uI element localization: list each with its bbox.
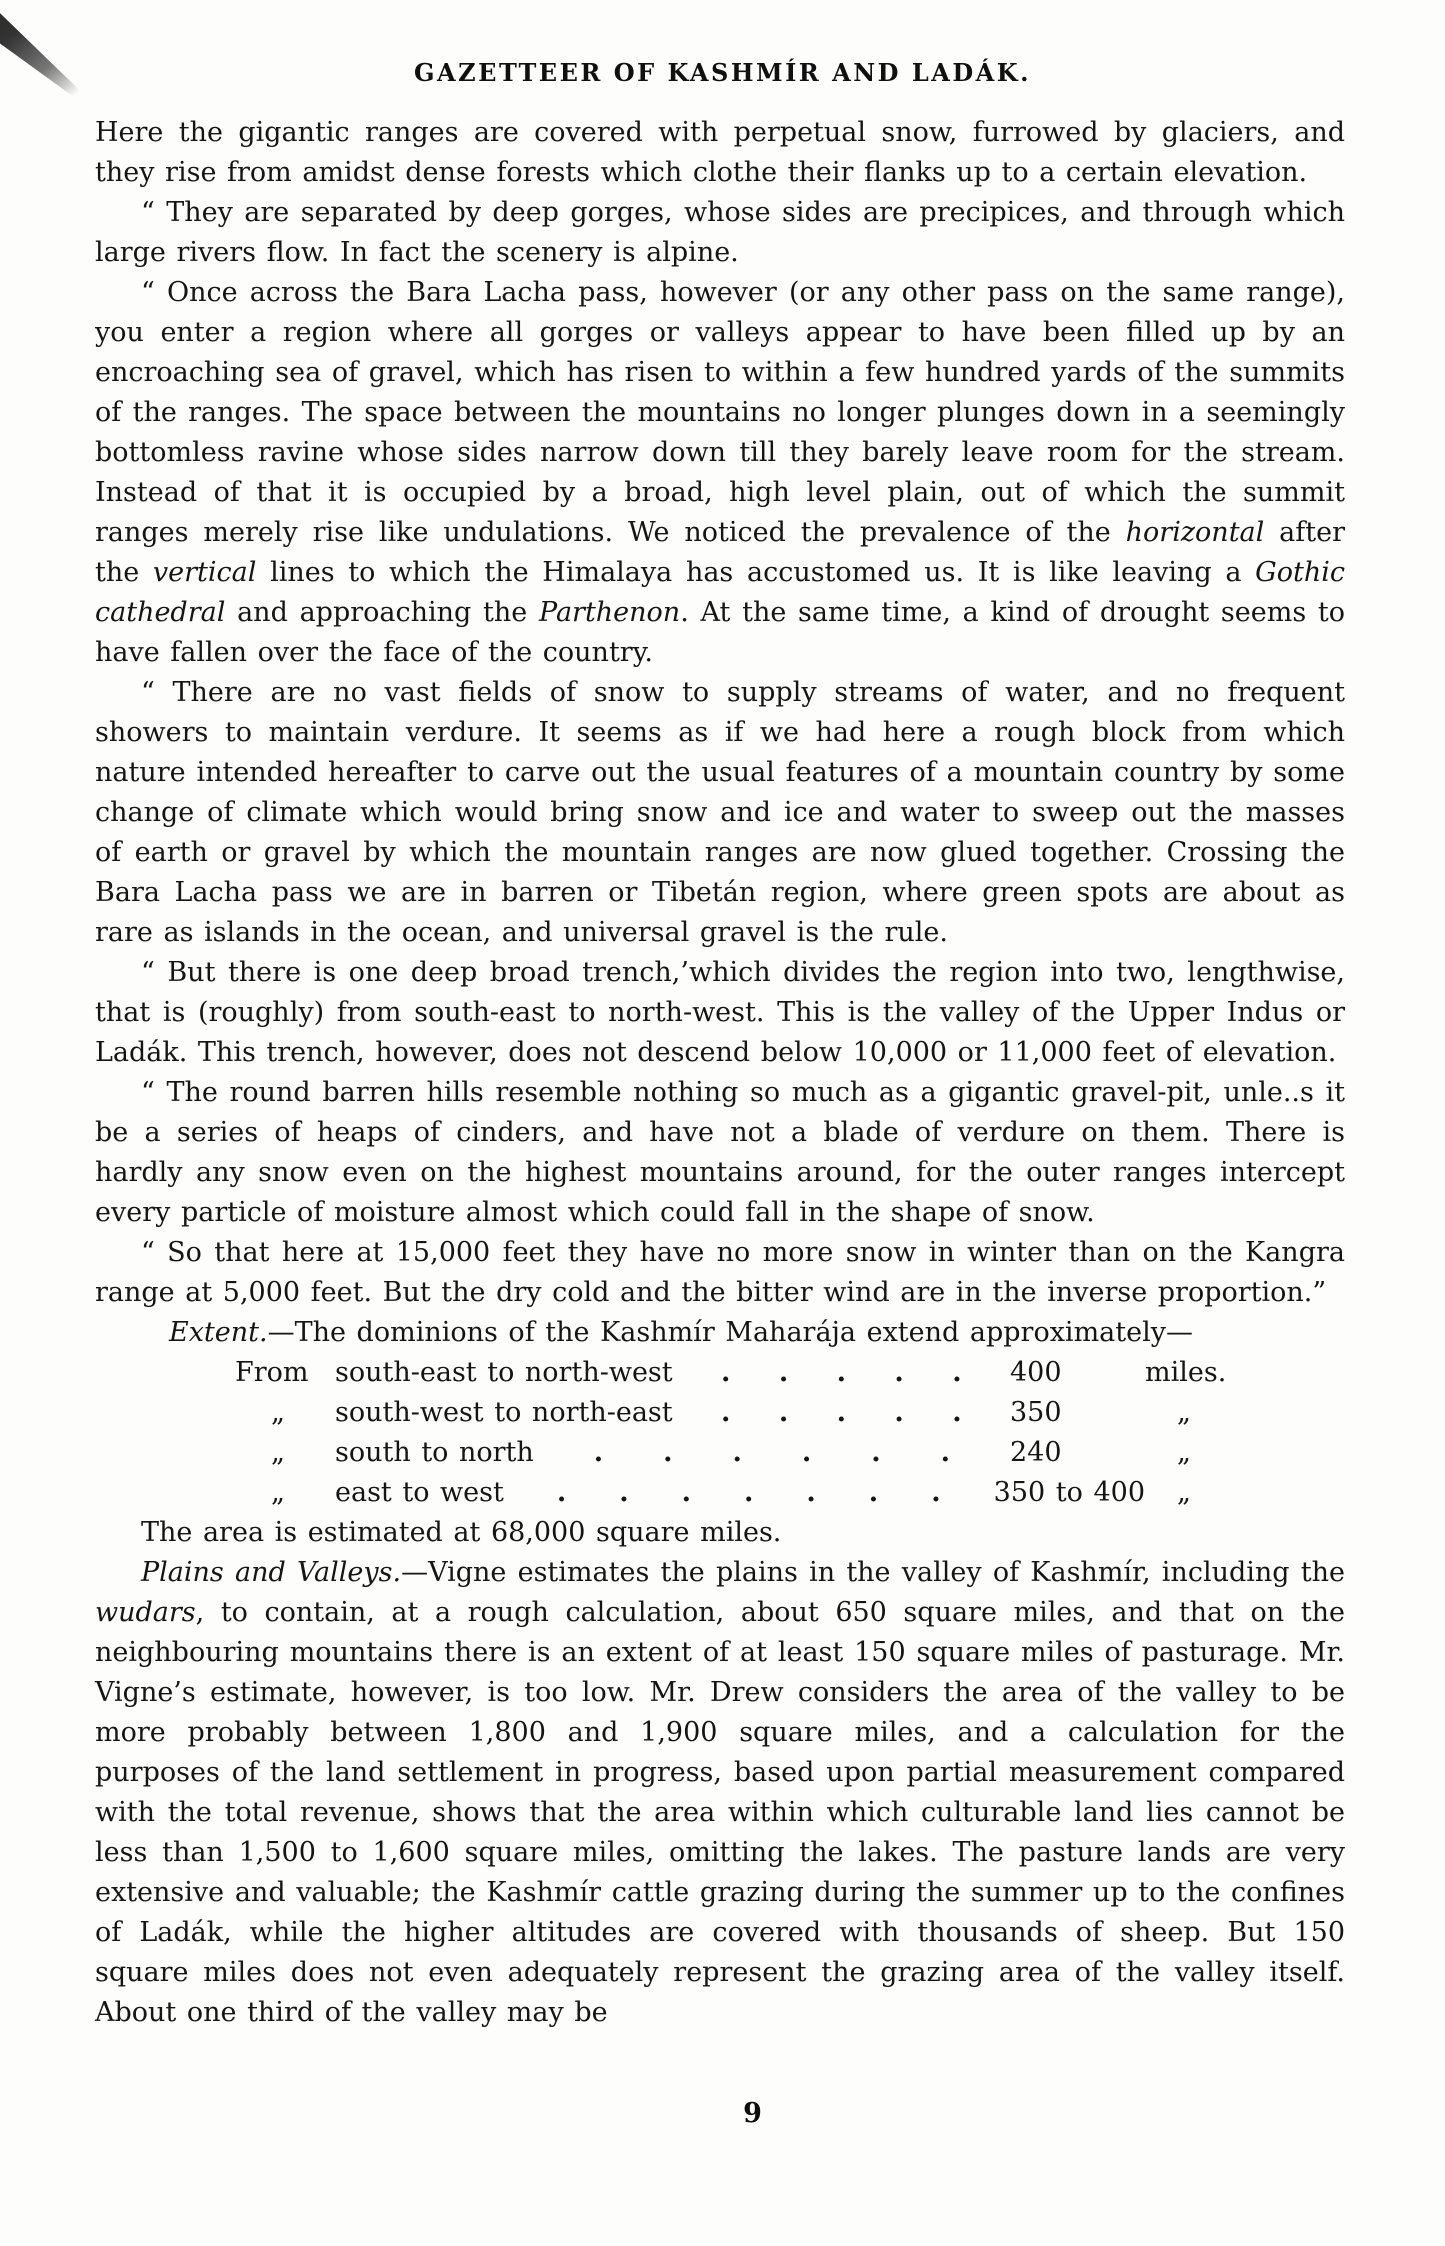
paragraph: Here the gigantic ranges are covered wit… [95, 113, 1345, 193]
extent-heading-rest: —The dominions of the Kashmír Maharája e… [268, 1317, 1193, 1348]
dot-leader: ...... [534, 1433, 1010, 1473]
text-run: Here the gigantic ranges are covered wit… [95, 117, 1345, 188]
paragraph: “ They are separated by deep gorges, who… [95, 193, 1345, 273]
extent-row-unit: „ [1145, 1433, 1345, 1473]
page-number: 9 [0, 2098, 1445, 2129]
paragraph: Plains and Valleys.—Vigne estimates the … [95, 1553, 1345, 2033]
paragraph: “ So that here at 15,000 feet they have … [95, 1233, 1345, 1313]
text-run: “ The round barren hills resemble nothin… [95, 1077, 1345, 1228]
extent-row-prefix: „ [235, 1433, 335, 1473]
text-body: Here the gigantic ranges are covered wit… [95, 113, 1345, 2033]
text-run: The area is estimated at 68,000 square m… [141, 1517, 781, 1548]
extent-row-unit: miles. [1145, 1353, 1345, 1393]
leader-dot: . [952, 1393, 961, 1433]
text-run: “ So that here at 15,000 feet they have … [95, 1237, 1345, 1308]
leader-dot: . [663, 1433, 672, 1473]
dot-leader: ..... [673, 1393, 1010, 1433]
extent-row-label: south-west to north-east [335, 1393, 673, 1433]
leader-dot: . [732, 1433, 741, 1473]
leader-dot: . [871, 1433, 880, 1473]
text-run: “ Once across the Bara Lacha pass, howev… [95, 277, 1345, 548]
leader-dot: . [952, 1353, 961, 1393]
leader-dot: . [941, 1433, 950, 1473]
extent-row-value: 350 [1010, 1393, 1145, 1433]
extent-row: „south-west to north-east.....350„ [95, 1393, 1345, 1433]
leader-dot: . [802, 1433, 811, 1473]
leader-dot: . [894, 1353, 903, 1393]
paragraphs-top: Here the gigantic ranges are covered wit… [95, 113, 1345, 1313]
dot-leader: ....... [504, 1473, 994, 1513]
extent-list: Fromsouth-east to north-west.....400mile… [95, 1353, 1345, 1513]
extent-row-unit: „ [1145, 1393, 1345, 1433]
extent-row: „east to west.......350 to 400„ [95, 1473, 1345, 1513]
text-run: “ They are separated by deep gorges, who… [95, 197, 1345, 268]
extent-row-label: south to north [335, 1433, 534, 1473]
text-run: and approaching the [225, 597, 539, 628]
leader-dot: . [869, 1473, 878, 1513]
paragraph: “ But there is one deep broad trench,’wh… [95, 953, 1345, 1073]
text-run: , to contain, at a rough calculation, ab… [95, 1597, 1345, 2028]
leader-dot: . [682, 1473, 691, 1513]
text-run: “ But there is one deep broad trench,’wh… [95, 957, 1345, 1068]
extent-row: „south to north......240„ [95, 1433, 1345, 1473]
text-run: “ There are no vast fields of snow to su… [95, 677, 1345, 948]
leader-dot: . [557, 1473, 566, 1513]
italic-text-run: Plains and Valleys. [141, 1557, 401, 1588]
extent-heading: Extent.—The dominions of the Kashmír Mah… [95, 1313, 1345, 1353]
extent-row-prefix: „ [235, 1393, 335, 1433]
extent-row-prefix: From [235, 1353, 335, 1393]
extent-row-label: south-east to north-west [335, 1353, 673, 1393]
italic-text-run: wudars [95, 1597, 196, 1628]
paragraph: “ Once across the Bara Lacha pass, howev… [95, 273, 1345, 673]
dot-leader: ..... [673, 1353, 1010, 1393]
leader-dot: . [931, 1473, 940, 1513]
extent-row-value: 350 to 400 [994, 1473, 1145, 1513]
scanned-book-page: GAZETTEER OF KASHMÍR AND LADÁK. Here the… [0, 0, 1445, 2246]
page-header: GAZETTEER OF KASHMÍR AND LADÁK. [0, 0, 1445, 87]
leader-dot: . [779, 1393, 788, 1433]
paragraphs-bottom: The area is estimated at 68,000 square m… [95, 1513, 1345, 2033]
leader-dot: . [721, 1393, 730, 1433]
leader-dot: . [837, 1393, 846, 1433]
extent-row-unit: „ [1145, 1473, 1345, 1513]
leader-dot: . [894, 1393, 903, 1433]
paragraph: The area is estimated at 68,000 square m… [95, 1513, 1345, 1553]
paragraph: “ There are no vast fields of snow to su… [95, 673, 1345, 953]
italic-text-run: horizontal [1126, 517, 1265, 548]
leader-dot: . [744, 1473, 753, 1513]
extent-row-label: east to west [335, 1473, 504, 1513]
leader-dot: . [594, 1433, 603, 1473]
leader-dot: . [619, 1473, 628, 1513]
leader-dot: . [721, 1353, 730, 1393]
text-run: lines to which the Himalaya has accustom… [256, 557, 1255, 588]
leader-dot: . [806, 1473, 815, 1513]
text-run: —Vigne estimates the plains in the valle… [401, 1557, 1345, 1588]
leader-dot: . [837, 1353, 846, 1393]
leader-dot: . [779, 1353, 788, 1393]
paragraph: “ The round barren hills resemble nothin… [95, 1073, 1345, 1233]
italic-text-run: vertical [153, 557, 256, 588]
extent-row-value: 400 [1010, 1353, 1145, 1393]
italic-text-run: Parthenon [539, 597, 680, 628]
extent-row-prefix: „ [235, 1473, 335, 1513]
extent-row: Fromsouth-east to north-west.....400mile… [95, 1353, 1345, 1393]
extent-row-value: 240 [1010, 1433, 1145, 1473]
extent-heading-lead: Extent. [169, 1317, 268, 1348]
